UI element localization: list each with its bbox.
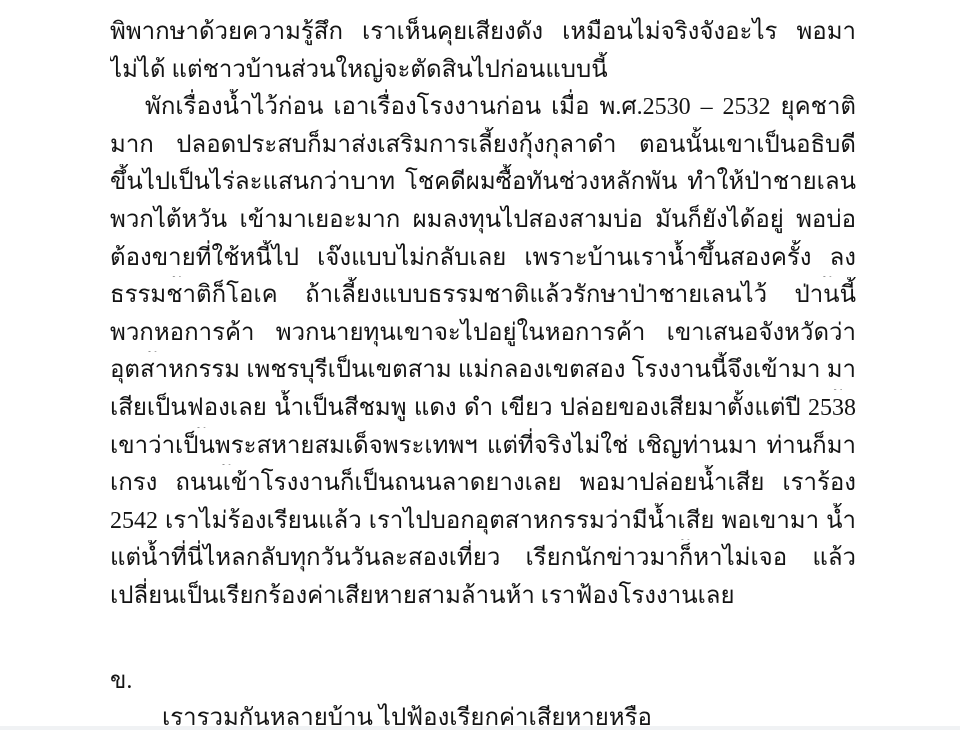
text-line: เกรง ถนนเข้าโรงงานก็เป็นถนนลาดยางเลย พอม… — [110, 465, 856, 503]
text-line: พักเรื่องน้ำไว้ก่อน เอาเรื่องโรงงานก่อน … — [110, 89, 856, 127]
document-page: พิพากษาด้วยความรู้สึก เราเห็นคุยเสียงดัง… — [0, 0, 960, 730]
text-line: มาก ปลอดประสบก็มาส่งเสริมการเลี้ยงกุ้งกุ… — [110, 127, 856, 165]
text-line: ต้องขายที่ใช้หนี้ไป เจ๊งแบบไม่กลับเลย เพ… — [110, 240, 856, 278]
text-line: ข. — [110, 663, 856, 701]
text-line: แต่น้ำที่นี่ไหลกลับทุกวันวันละสองเที่ยว … — [110, 540, 856, 578]
text-line: พวกหอการค้า พวกนายทุนเขาจะไปอยู่ในหอการค… — [110, 315, 856, 353]
text-line: ไม่ได้ แต่ชาวบ้านส่วนใหญ่จะตัดสินไปก่อนแ… — [110, 52, 856, 90]
text-line: 2542 เราไม่ร้องเรียนแล้ว เราไปบอกอุตสาหก… — [110, 503, 856, 541]
text-line: เสียเป็นฟองเลย น้ำเป็นสีชมพู แดง ดำ เขีย… — [110, 390, 856, 428]
text-line: เขาว่าเป็นพระสหายสมเด็จพระเทพฯ แต่ที่จริ… — [110, 428, 856, 466]
text-line: พิพากษาด้วยความรู้สึก เราเห็นคุยเสียงดัง… — [110, 14, 856, 52]
text-line: พวกไต้หวัน เข้ามาเยอะมาก ผมลงทุนไปสองสาม… — [110, 202, 856, 240]
text-line: ธรรมชาติก็โอเค ถ้าเลี้ยงแบบธรรมชาติแล้วร… — [110, 277, 856, 315]
text-line: เปลี่ยนเป็นเรียกร้องค่าเสียหายสามล้านห้า… — [110, 578, 856, 616]
document-text-block: พิพากษาด้วยความรู้สึก เราเห็นคุยเสียงดัง… — [110, 14, 856, 730]
text-line: อุตสาหกรรม เพชรบุรีเป็นเขตสาม แม่กลองเขต… — [110, 352, 856, 390]
page-bottom-edge — [0, 726, 960, 730]
text-line: ขึ้นไปเป็นไร่ละแสนกว่าบาท โชคดีผมซื้อทัน… — [110, 164, 856, 202]
